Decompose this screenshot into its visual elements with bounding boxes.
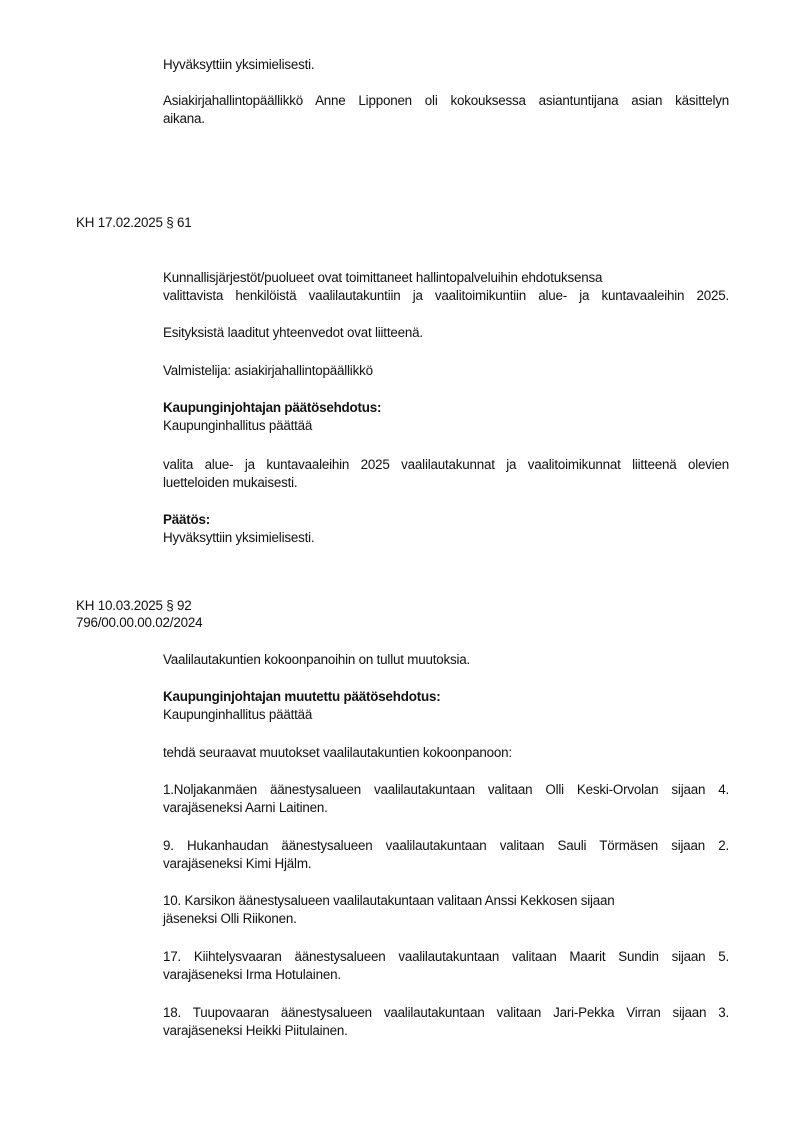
- proposal-heading: Kaupunginjohtajan muutettu päätösehdotus…: [163, 688, 440, 706]
- expert-note-line: aikana.: [163, 110, 205, 128]
- intro-text: Vaalilautakuntien kokoonpanoihin on tull…: [163, 651, 470, 669]
- change-item-line: varajäseneksi Irma Hotulainen.: [163, 966, 341, 984]
- paragraph-line: valittavista henkilöistä vaalilautakunti…: [163, 287, 729, 305]
- change-item-line: varajäseneksi Kimi Hjälm.: [163, 855, 311, 873]
- proposal-heading: Kaupunginjohtajan päätösehdotus:: [163, 399, 381, 417]
- section-header: KH 10.03.2025 § 92: [76, 597, 192, 615]
- change-item-line: varajäseneksi Heikki Piitulainen.: [163, 1022, 348, 1040]
- preparer-note: Valmistelija: asiakirjahallintopäällikkö: [163, 362, 373, 380]
- proposal-line: luetteloiden mukaisesti.: [163, 474, 297, 492]
- proposal-line: valita alue- ja kuntavaaleihin 2025 vaal…: [163, 456, 729, 474]
- change-item-line: jäseneksi Olli Riikonen.: [163, 910, 297, 928]
- change-item-line: 18. Tuupovaaran äänestysalueen vaalilaut…: [163, 1004, 729, 1022]
- record-id: 796/00.00.00.02/2024: [76, 614, 202, 632]
- paragraph-line: Kunnallisjärjestöt/puolueet ovat toimitt…: [163, 269, 602, 287]
- section-header: KH 17.02.2025 § 61: [76, 214, 192, 232]
- decision-heading: Päätös:: [163, 511, 210, 529]
- change-item-line: 10. Karsikon äänestysalueen vaalilautaku…: [163, 892, 615, 910]
- changes-lead: tehdä seuraavat muutokset vaalilautakunt…: [163, 744, 512, 762]
- decision-text: Hyväksyttiin yksimielisesti.: [163, 529, 314, 547]
- proposal-lead: Kaupunginhallitus päättää: [163, 417, 312, 435]
- expert-note-line: Asiakirjahallintopäällikkö Anne Lipponen…: [163, 92, 729, 110]
- change-item-line: 17. Kiihtelysvaaran äänestysalueen vaali…: [163, 948, 729, 966]
- proposal-lead: Kaupunginhallitus päättää: [163, 706, 312, 724]
- change-item-line: varajäseneksi Aarni Laitinen.: [163, 799, 328, 817]
- decision-text: Hyväksyttiin yksimielisesti.: [163, 56, 314, 74]
- attachments-note: Esityksistä laaditut yhteenvedot ovat li…: [163, 324, 423, 342]
- change-item-line: 1.Noljakanmäen äänestysalueen vaalilauta…: [163, 781, 729, 799]
- change-item-line: 9. Hukanhaudan äänestysalueen vaalilauta…: [163, 837, 729, 855]
